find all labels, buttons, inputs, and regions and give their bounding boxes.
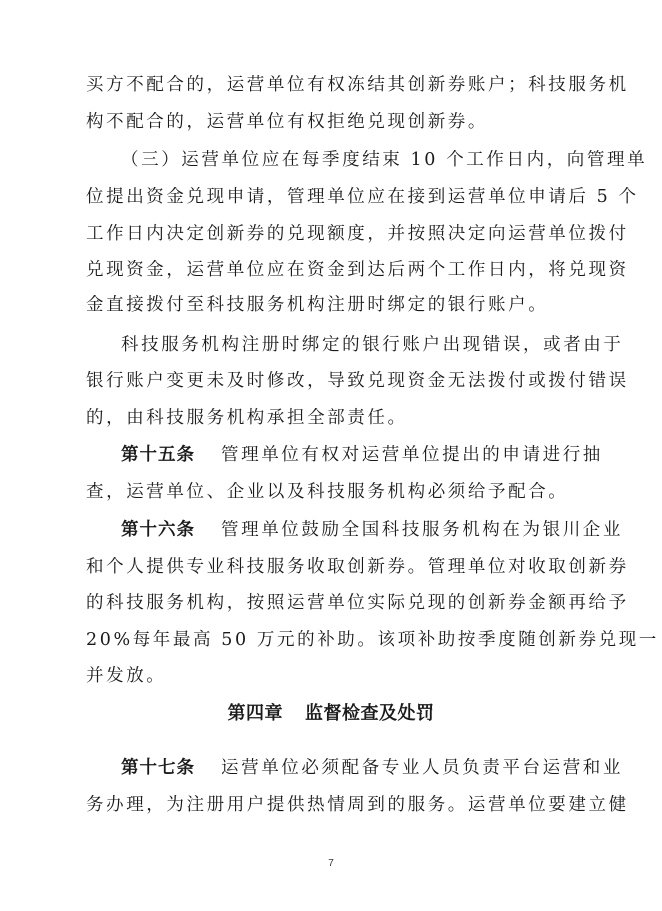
chapter-number: 第四章 [228,703,284,724]
paragraph-line: 和个人提供专业科技服务收取创新券。管理单位对收取创新券 [86,556,572,578]
article-16-text: 管理单位鼓励全国科技服务机构在为银川企业 [221,520,623,540]
paragraph-line: 的科技服务机构，按照运营单位实际兑现的创新券金额再给予 [86,592,572,614]
article-16-label: 第十六条 [121,520,195,540]
article-15-label: 第十五条 [121,445,195,465]
paragraph-line: 查，运营单位、企业以及科技服务机构必须给予配合。 [86,481,572,503]
article-16-line: 第十六条管理单位鼓励全国科技服务机构在为银川企业 [121,519,572,541]
paragraph-line: 科技服务机构注册时绑定的银行账户出现错误，或者由于 [121,334,572,356]
article-15-line: 第十五条管理单位有权对运营单位提出的申请进行抽 [121,444,572,466]
paragraph-line: 工作日内决定创新券的兑现额度，并按照决定向运营单位拨付 [86,223,572,245]
article-17-line: 第十七条运营单位必须配备专业人员负责平台运营和业 [121,757,572,779]
paragraph-line: 20%每年最高 50 万元的补助。该项补助按季度随创新券兑现一 [86,629,572,651]
paragraph-line: 务办理，为注册用户提供热情周到的服务。运营单位要建立健 [86,794,572,816]
document-page: 买方不配合的，运营单位有权冻结其创新券账户；科技服务机 构不配合的，运营单位有权… [0,0,662,911]
paragraph-line: 构不配合的，运营单位有权拒绝兑现创新券。 [86,111,572,133]
paragraph-line: 买方不配合的，运营单位有权冻结其创新券账户；科技服务机 [86,74,572,96]
article-17-label: 第十七条 [121,758,195,778]
paragraph-line: 金直接拨付至科技服务机构注册时绑定的银行账户。 [86,294,572,316]
article-15-text: 管理单位有权对运营单位提出的申请进行抽 [221,445,603,465]
chapter-heading: 第四章监督检查及处罚 [0,702,662,726]
page-number: 7 [0,857,662,871]
chapter-title: 监督检查及处罚 [305,703,435,724]
paragraph-line: （三）运营单位应在每季度结束 10 个工作日内，向管理单 [121,149,572,171]
paragraph-line: 的，由科技服务机构承担全部责任。 [86,407,572,429]
paragraph-line: 银行账户变更未及时修改，导致兑现资金无法拨付或拨付错误 [86,370,572,392]
article-17-text: 运营单位必须配备专业人员负责平台运营和业 [221,758,623,778]
paragraph-line: 并发放。 [86,665,572,687]
paragraph-line: 兑现资金，运营单位应在资金到达后两个工作日内，将兑现资 [86,259,572,281]
paragraph-line: 位提出资金兑现申请，管理单位应在接到运营单位申请后 5 个 [86,186,572,208]
